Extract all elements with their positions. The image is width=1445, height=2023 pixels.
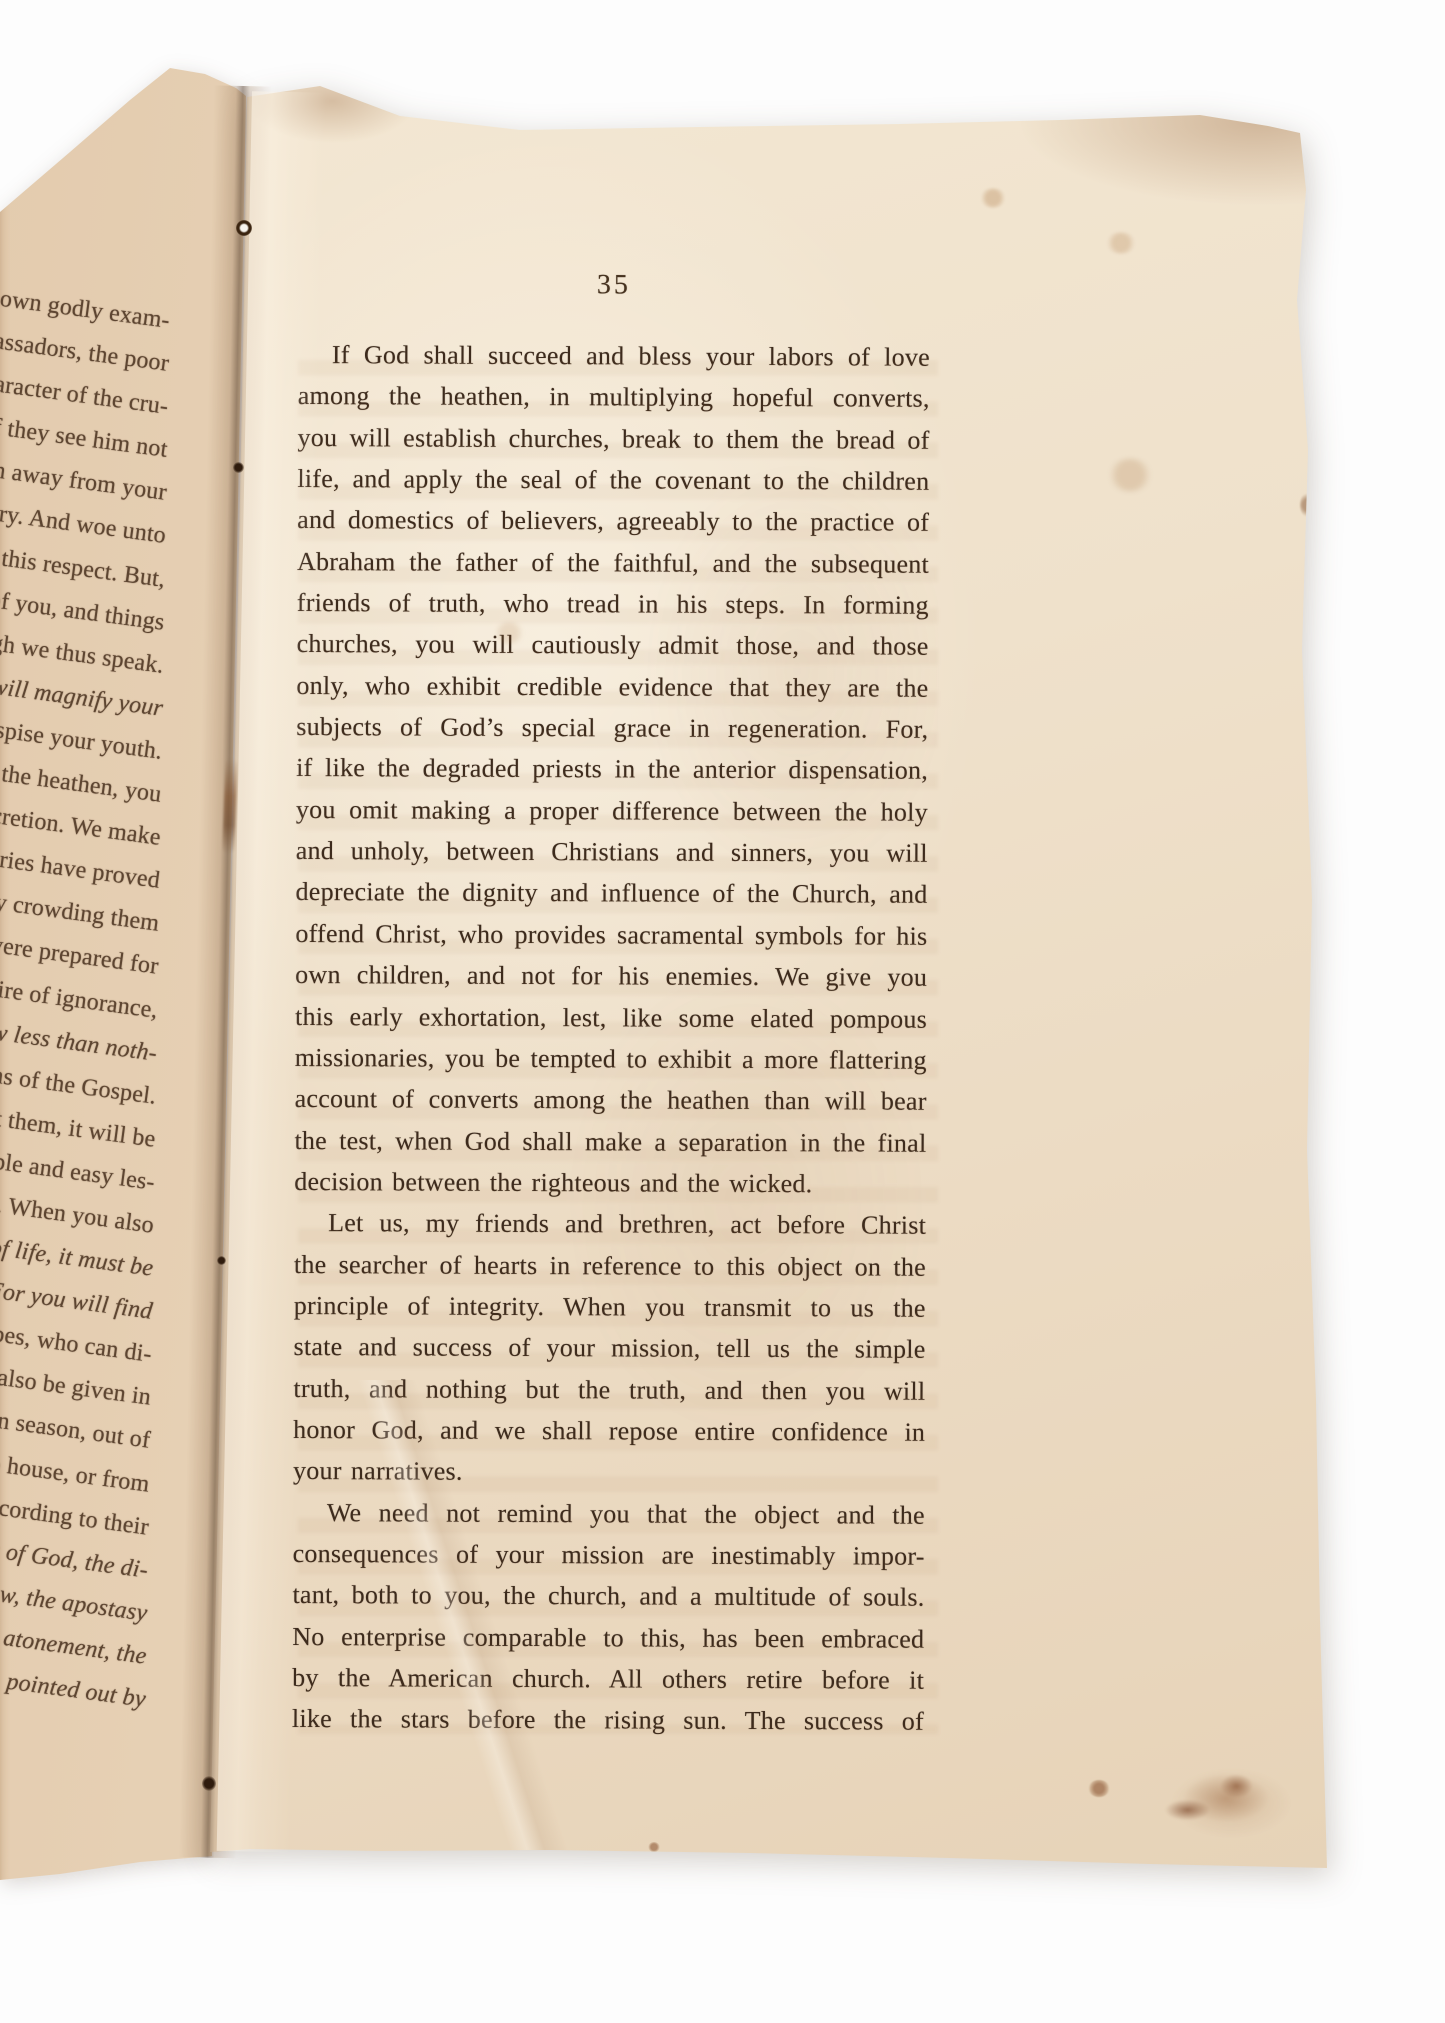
text-line: by the American church. All others retir… xyxy=(292,1657,924,1701)
page-number: 35 xyxy=(298,268,930,303)
text-line: if like the degraded priests in the ante… xyxy=(296,747,928,791)
text-line: Abraham the father of the faithful, and … xyxy=(297,541,929,585)
text-line: principle of integrity. When you transmi… xyxy=(294,1285,926,1329)
text-line: churches, you will cautiously admit thos… xyxy=(297,623,929,667)
text-line: among the heathen, in multiplying hopefu… xyxy=(298,375,930,419)
edge-stain xyxy=(1300,492,1318,518)
text-line: life, and apply the seal of the covenant… xyxy=(297,458,929,502)
text-line: account of converts among the heathen th… xyxy=(295,1078,927,1122)
stain-dot-small xyxy=(648,1842,660,1852)
text-line: tant, both to you, the church, and a mul… xyxy=(292,1574,924,1618)
text-line: No enterprise comparable to this, has be… xyxy=(292,1616,924,1660)
foxing-spot xyxy=(1108,458,1152,492)
right-page: 35 If God shall succeed and bless your l… xyxy=(0,0,1445,2023)
text-line: If God shall succeed and bless your labo… xyxy=(298,334,930,378)
text-line: and domestics of believers, agreeably to… xyxy=(297,499,929,543)
text-line: friends of truth, who tread in his steps… xyxy=(297,582,929,626)
text-line: consequences of your mission are inestim… xyxy=(293,1533,925,1577)
paragraph-1: If God shall succeed and bless your labo… xyxy=(294,334,930,1205)
text-line: We need not remind you that the object a… xyxy=(293,1492,925,1536)
text-line: you omit making a proper difference betw… xyxy=(296,789,928,833)
text-line: the test, when God shall make a separati… xyxy=(294,1120,926,1164)
text-line: depreciate the dignity and influence of … xyxy=(295,871,927,915)
text-line: missionaries, you be tempted to exhibit … xyxy=(295,1037,927,1081)
text-line: your narratives. xyxy=(293,1450,925,1494)
stitch-hole xyxy=(233,462,244,473)
text-line: like the stars before the rising sun. Th… xyxy=(292,1698,924,1742)
page-text-block: If God shall succeed and bless your labo… xyxy=(292,334,930,1742)
text-line: the searcher of hearts in reference to t… xyxy=(294,1244,926,1288)
text-line: state and success of your mission, tell … xyxy=(293,1326,925,1370)
foxing-spot xyxy=(1106,232,1136,254)
text-line: honor God, and we shall repose entire co… xyxy=(293,1409,925,1453)
text-line: you will establish churches, break to th… xyxy=(297,417,929,461)
stain-dot xyxy=(1088,1780,1110,1797)
stain-bottom-right-cluster xyxy=(1135,1748,1310,1848)
text-line: this early exhortation, lest, like some … xyxy=(295,995,927,1039)
text-line: only, who exhibit credible evidence that… xyxy=(296,665,928,709)
text-line: truth, and nothing but the truth, and th… xyxy=(293,1368,925,1412)
paragraph-2: Let us, my friends and brethren, act bef… xyxy=(293,1202,926,1494)
text-line: subjects of God’s special grace in regen… xyxy=(296,706,928,750)
foxing-spot xyxy=(980,188,1006,208)
paragraph-3: We need not remind you that the object a… xyxy=(292,1492,925,1743)
right-page-wrap: 35 If God shall succeed and bless your l… xyxy=(0,0,1445,2023)
text-line: Let us, my friends and brethren, act bef… xyxy=(294,1202,926,1246)
stitch-hole xyxy=(236,220,252,236)
stitch-hole xyxy=(202,1776,216,1791)
book-photo-scene: your own godly exam-embassadors, the poo… xyxy=(0,0,1445,2023)
text-line: own children, and not for his enemies. W… xyxy=(295,954,927,998)
stitch-hole xyxy=(217,1256,226,1265)
text-line: and unholy, between Christians and sinne… xyxy=(296,830,928,874)
text-line: decision between the righteous and the w… xyxy=(294,1161,926,1205)
text-line: offend Christ, who provides sacramental … xyxy=(295,913,927,957)
